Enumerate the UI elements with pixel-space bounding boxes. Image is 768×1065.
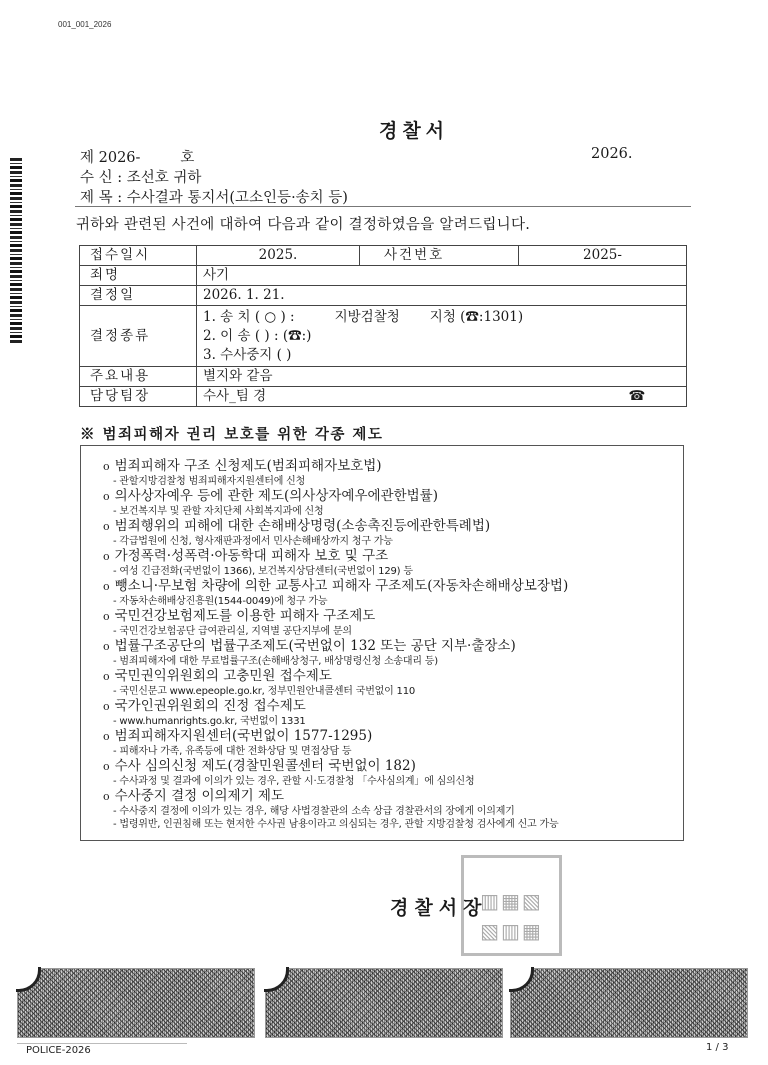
victim-rights-notice-box: o범죄피해자 구조 신청제도(범죄피해자보호법)- 관할지방검찰청 범죄피해자지… bbox=[80, 445, 684, 841]
notice-item-detail: - 관할지방검찰청 범죄피해자지원센터에 신청 bbox=[103, 475, 673, 488]
notice-item-label: 수사중지 결정 이의제기 제도 bbox=[115, 788, 284, 804]
notice-list: o범죄피해자 구조 신청제도(범죄피해자보호법)- 관할지방검찰청 범죄피해자지… bbox=[103, 458, 673, 831]
case-info-table: 접수일시 2025. 사건번호 2025- 죄명 사기 결정일 2026. 1.… bbox=[79, 245, 687, 407]
notice-item-detail: - 법령위반, 인권침해 또는 현저한 수사권 남용이라고 의심되는 경우, 관… bbox=[103, 818, 673, 831]
notice-item-title: o수사중지 결정 이의제기 제도 bbox=[103, 788, 673, 805]
bullet-icon: o bbox=[103, 520, 110, 533]
decision-date-label: 결정일 bbox=[80, 286, 197, 306]
main-content-label: 주요내용 bbox=[80, 367, 197, 387]
option-detail: 지방검찰청 bbox=[335, 309, 400, 325]
bullet-icon: o bbox=[103, 550, 110, 563]
crime-value: 사기 bbox=[197, 266, 687, 286]
notice-item-label: 범죄피해자 구조 신청제도(범죄피해자보호법) bbox=[115, 458, 382, 474]
bullet-icon: o bbox=[103, 460, 110, 473]
decision-option: 3. 수사중지 ( ) bbox=[203, 346, 680, 365]
notice-item-detail: - 국민신문고 www.epeople.go.kr, 정부민원안내콜센터 국번없… bbox=[103, 685, 673, 698]
document-number-suffix: 호 bbox=[180, 150, 194, 166]
2d-barcode bbox=[265, 968, 503, 1038]
notice-item-detail: - 범죄피해자에 대한 무료법률구조(손해배상청구, 배상명령신청 소송대리 등… bbox=[103, 655, 673, 668]
notice-item-title: o가정폭력·성폭력·아동학대 피해자 보호 및 구조 bbox=[103, 548, 673, 565]
barcode-corner-icon bbox=[16, 967, 41, 992]
bullet-icon: o bbox=[103, 790, 110, 803]
notice-item-label: 수사 심의신청 제도(경찰민원콜센터 국번없이 182) bbox=[115, 758, 416, 774]
notice-item-label: 의사상자예우 등에 관한 제도(의사상자예우에관한법률) bbox=[115, 488, 438, 504]
notice-item-label: 뺑소니·무보험 차량에 의한 교통사고 피해자 구조제도(자동차손해배상보장법) bbox=[115, 578, 569, 594]
notice-item-title: o국민건강보험제도를 이용한 피해자 구조제도 bbox=[103, 608, 673, 625]
document-number: 제 2026-호 bbox=[80, 146, 194, 167]
table-row: 결정종류 1. 송 치 ( ○ ) :지방검찰청지청 (☎:1301) 2. 이… bbox=[80, 306, 687, 367]
decision-option: 1. 송 치 ( ○ ) :지방검찰청지청 (☎:1301) bbox=[203, 308, 680, 327]
notice-title: ※ 범죄피해자 권리 보호를 위한 각종 제도 bbox=[80, 423, 383, 444]
notice-item-title: o수사 심의신청 제도(경찰민원콜센터 국번없이 182) bbox=[103, 758, 673, 775]
decision-date-value: 2026. 1. 21. bbox=[197, 286, 687, 306]
notice-item-label: 법률구조공단의 법률구조제도(국번없이 132 또는 공단 지부·출장소) bbox=[115, 638, 516, 654]
recipient: 수 신 : 조선호 귀하 bbox=[80, 166, 201, 187]
2d-barcode bbox=[510, 968, 748, 1038]
document-date: 2026. bbox=[591, 146, 633, 162]
receipt-label: 접수일시 bbox=[80, 246, 197, 266]
header-divider bbox=[75, 206, 691, 207]
document-title: 경찰서 bbox=[0, 116, 768, 143]
bullet-icon: o bbox=[103, 610, 110, 623]
officer-label: 담당팀장 bbox=[80, 387, 197, 407]
notice-item-title: o범죄피해자지원센터(국번없이 1577-1295) bbox=[103, 728, 673, 745]
notice-item-title: o의사상자예우 등에 관한 제도(의사상자예우에관한법률) bbox=[103, 488, 673, 505]
officer-value: 수사_팀 경 bbox=[203, 388, 266, 404]
table-row: 죄명 사기 bbox=[80, 266, 687, 286]
option-label: 3. 수사중지 ( ) bbox=[203, 347, 291, 363]
notice-item-detail: - 국민건강보험공단 급여관리실, 지역별 공단지부에 문의 bbox=[103, 625, 673, 638]
option-label: 1. 송 치 ( ○ ) : bbox=[203, 309, 295, 325]
notice-item-label: 범죄피해자지원센터(국번없이 1577-1295) bbox=[115, 728, 373, 744]
notice-item-label: 국가인권위원회의 진정 접수제도 bbox=[115, 698, 306, 714]
page-indicator: 1 / 3 bbox=[706, 1042, 728, 1053]
bullet-icon: o bbox=[103, 670, 110, 683]
notice-item-title: o국민권익위원회의 고충민원 접수제도 bbox=[103, 668, 673, 685]
notice-item-label: 국민건강보험제도를 이용한 피해자 구조제도 bbox=[115, 608, 376, 624]
barcode-corner-icon bbox=[264, 967, 289, 992]
notice-item-title: o범죄피해자 구조 신청제도(범죄피해자보호법) bbox=[103, 458, 673, 475]
intro-text: 귀하와 관련된 사건에 대하여 다음과 같이 결정하였음을 알려드립니다. bbox=[76, 213, 530, 234]
bullet-icon: o bbox=[103, 490, 110, 503]
table-row: 주요내용 별지와 같음 bbox=[80, 367, 687, 387]
table-row: 결정일 2026. 1. 21. bbox=[80, 286, 687, 306]
notice-item-detail: - 피해자나 가족, 유족등에 대한 전화상담 및 면접상담 등 bbox=[103, 745, 673, 758]
notice-item-title: o뺑소니·무보험 차량에 의한 교통사고 피해자 구조제도(자동차손해배상보장법… bbox=[103, 578, 673, 595]
bullet-icon: o bbox=[103, 730, 110, 743]
signature-title: 경찰서장 bbox=[390, 893, 487, 920]
phone-icon: ☎ bbox=[629, 387, 646, 406]
crime-label: 죄명 bbox=[80, 266, 197, 286]
notice-item-detail: - 수사중지 결정에 이의가 있는 경우, 해당 사법경찰관의 소속 상급 경찰… bbox=[103, 805, 673, 818]
side-barcode bbox=[10, 158, 22, 344]
decision-option: 2. 이 송 ( ) : (☎:) bbox=[203, 327, 680, 346]
notice-item-detail: - 여성 긴급전화(국번없이 1366), 보건복지상담센터(국번없이 129)… bbox=[103, 565, 673, 578]
notice-item-label: 가정폭력·성폭력·아동학대 피해자 보호 및 구조 bbox=[115, 548, 389, 564]
barcode-corner-icon bbox=[509, 967, 534, 992]
decision-options: 1. 송 치 ( ○ ) :지방검찰청지청 (☎:1301) 2. 이 송 ( … bbox=[197, 306, 687, 367]
2d-barcode bbox=[17, 968, 255, 1038]
notice-item-label: 범죄행위의 피해에 대한 손해배상명령(소송촉진등에관한특례법) bbox=[115, 518, 491, 534]
decision-type-label: 결정종류 bbox=[80, 306, 197, 367]
table-row: 접수일시 2025. 사건번호 2025- bbox=[80, 246, 687, 266]
notice-item-detail: - 수사과정 및 결과에 이의가 있는 경우, 관할 시·도경찰청 「수사심의계… bbox=[103, 775, 673, 788]
option-label: 2. 이 송 ( ) : bbox=[203, 328, 279, 344]
notice-item-title: o국가인권위원회의 진정 접수제도 bbox=[103, 698, 673, 715]
case-number-label: 사건번호 bbox=[360, 246, 519, 266]
receipt-value: 2025. bbox=[197, 246, 360, 266]
case-number-value: 2025- bbox=[519, 246, 687, 266]
main-content-value: 별지와 같음 bbox=[197, 367, 687, 387]
notice-item-label: 국민권익위원회의 고충민원 접수제도 bbox=[115, 668, 332, 684]
option-detail: (☎:) bbox=[283, 328, 312, 344]
table-row: 담당팀장 수사_팀 경 ☎ bbox=[80, 387, 687, 407]
subject: 제 목 : 수사결과 통지서(고소인등·송치 등) bbox=[80, 186, 348, 207]
notice-item-title: o범죄행위의 피해에 대한 손해배상명령(소송촉진등에관한특례법) bbox=[103, 518, 673, 535]
bullet-icon: o bbox=[103, 700, 110, 713]
document-number-prefix: 제 2026- bbox=[80, 150, 140, 166]
file-id: 001_001_2026 bbox=[58, 20, 111, 29]
notice-item-detail: - 보건복지부 및 관할 자치단체 사회복지과에 신청 bbox=[103, 505, 673, 518]
footer-divider bbox=[17, 1043, 187, 1044]
footer-code: POLICE-2026 bbox=[26, 1045, 91, 1056]
notice-item-detail: - www.humanrights.go.kr, 국번없이 1331 bbox=[103, 715, 673, 728]
bullet-icon: o bbox=[103, 580, 110, 593]
bullet-icon: o bbox=[103, 760, 110, 773]
seal-line: ▧▥▦ bbox=[470, 916, 553, 946]
option-detail: 지청 (☎:1301) bbox=[430, 309, 523, 325]
notice-item-detail: - 자동차손해배상진흥원(1544-0049)에 청구 가능 bbox=[103, 595, 673, 608]
bullet-icon: o bbox=[103, 640, 110, 653]
notice-item-title: o법률구조공단의 법률구조제도(국번없이 132 또는 공단 지부·출장소) bbox=[103, 638, 673, 655]
officer-cell: 수사_팀 경 ☎ bbox=[197, 387, 687, 407]
notice-item-detail: - 각급법원에 신청, 형사재판과정에서 민사손해배상까지 청구 가능 bbox=[103, 535, 673, 548]
